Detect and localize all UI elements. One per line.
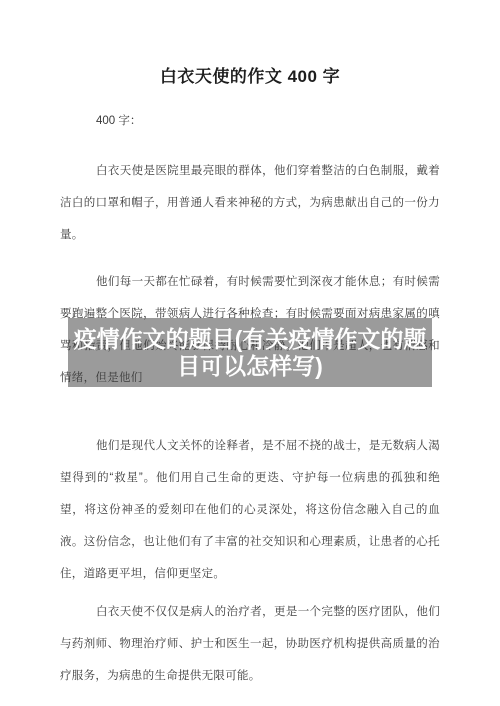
article-page: 白衣天使的作文 400 字 400 字： 白衣天使是医院里最亮眼的群体，他们穿着… bbox=[0, 0, 500, 706]
article-title: 白衣天使的作文 400 字 bbox=[60, 0, 440, 87]
word-count-label: 400 字： bbox=[60, 111, 440, 131]
paragraph: 白衣天使是医院里最亮眼的群体，他们穿着整洁的白色制服，戴着洁白的口罩和帽子，用普… bbox=[60, 155, 440, 251]
paragraph: 他们是现代人文关怀的诠释者，是不屈不挠的战士，是无数病人渴望得到的“救星”。他们… bbox=[60, 430, 440, 590]
paragraph: 白衣天使不仅仅是病人的治疗者，更是一个完整的医疗团队，他们与药剂师、物理治疗师、… bbox=[60, 596, 440, 692]
watermark-overlay-title: 疫情作文的题目(有关疫情作文的题目可以怎样写) bbox=[68, 318, 432, 387]
